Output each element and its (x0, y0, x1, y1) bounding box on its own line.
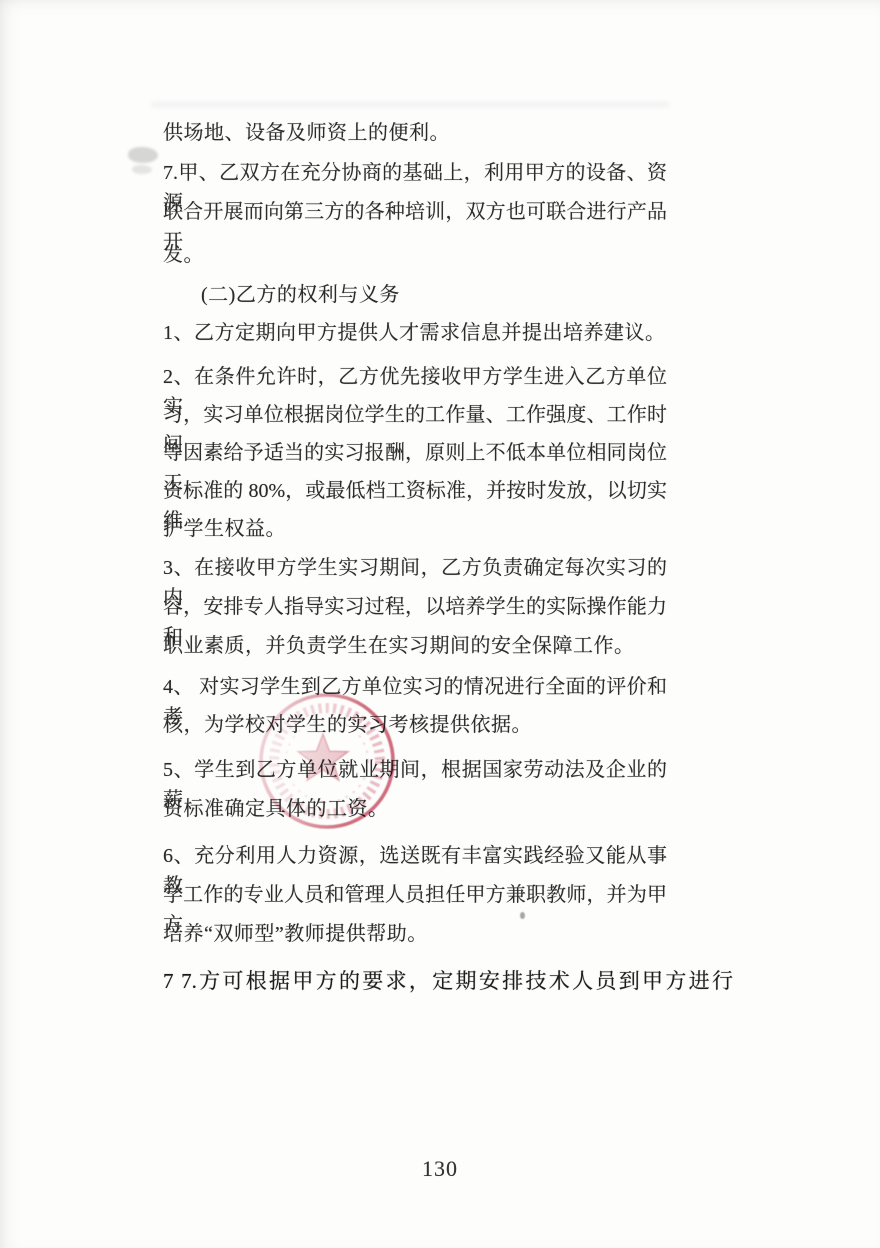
text-line: 7 7.方可根据甲方的要求，定期安排技术人员到甲方进行 (163, 966, 733, 998)
text-line: 学工作的专业人员和管理人员担任甲方兼职教师，并为甲方 (163, 880, 667, 912)
text-line: 资标准确定具体的工资。 (163, 794, 667, 826)
scan-speck (520, 912, 525, 919)
text-line: 2、在条件允许时，乙方优先接收甲方学生进入乙方单位实 (163, 362, 667, 394)
text-line: 资标准的 80%，或最低档工资标准，并按时发放，以切实维 (163, 476, 667, 508)
text-line: 1、乙方定期向甲方提供人才需求信息并提出培养建议。 (163, 318, 667, 350)
star-icon (298, 734, 348, 780)
text-line: 3、在接收甲方学生实习期间，乙方负责确定每次实习的内 (163, 553, 667, 585)
scanned-page: 供场地、设备及师资上的便利。 7.甲、乙双方在充分协商的基础上，利用甲方的设备、… (0, 0, 880, 1248)
scan-smudge (132, 165, 152, 174)
text-line: 容，安排专人指导实习过程，以培养学生的实际操作能力和 (163, 592, 667, 624)
page-number: 130 (0, 1156, 880, 1182)
section-heading: (二)乙方的权利与义务 (163, 280, 667, 312)
official-seal-stamp (254, 690, 398, 834)
text-line: 护学生权益。 (163, 514, 667, 546)
text-line: 培养“双师型”教师提供帮助。 (163, 919, 667, 951)
text-line: 7.甲、乙双方在充分协商的基础上，利用甲方的设备、资源 (163, 158, 667, 190)
text-line: 等因素给予适当的实习报酬，原则上不低本单位相同岗位工 (163, 438, 667, 470)
text-line: 职业素质，并负责学生在实习期间的安全保障工作。 (163, 631, 667, 663)
scan-smudge (128, 147, 158, 163)
scan-streak (150, 102, 670, 107)
text-line: 5、学生到乙方单位就业期间，根据国家劳动法及企业的薪 (163, 755, 667, 787)
text-line: 习，实习单位根据岗位学生的工作量、工作强度、工作时间 (163, 400, 667, 432)
document-body: 供场地、设备及师资上的便利。 7.甲、乙双方在充分协商的基础上，利用甲方的设备、… (0, 0, 880, 1248)
text-line: 6、充分利用人力资源，选送既有丰富实践经验又能从事教 (163, 841, 667, 873)
text-line: 核，为学校对学生的实习考核提供依据。 (163, 710, 667, 742)
text-line: 供场地、设备及师资上的便利。 (163, 118, 667, 150)
text-line: 发。 (163, 240, 667, 272)
text-line: 联合开展而向第三方的各种培训，双方也可联合进行产品开 (163, 197, 667, 229)
text-line: 4、 对实习学生到乙方单位实习的情况进行全面的评价和考 (163, 672, 667, 704)
